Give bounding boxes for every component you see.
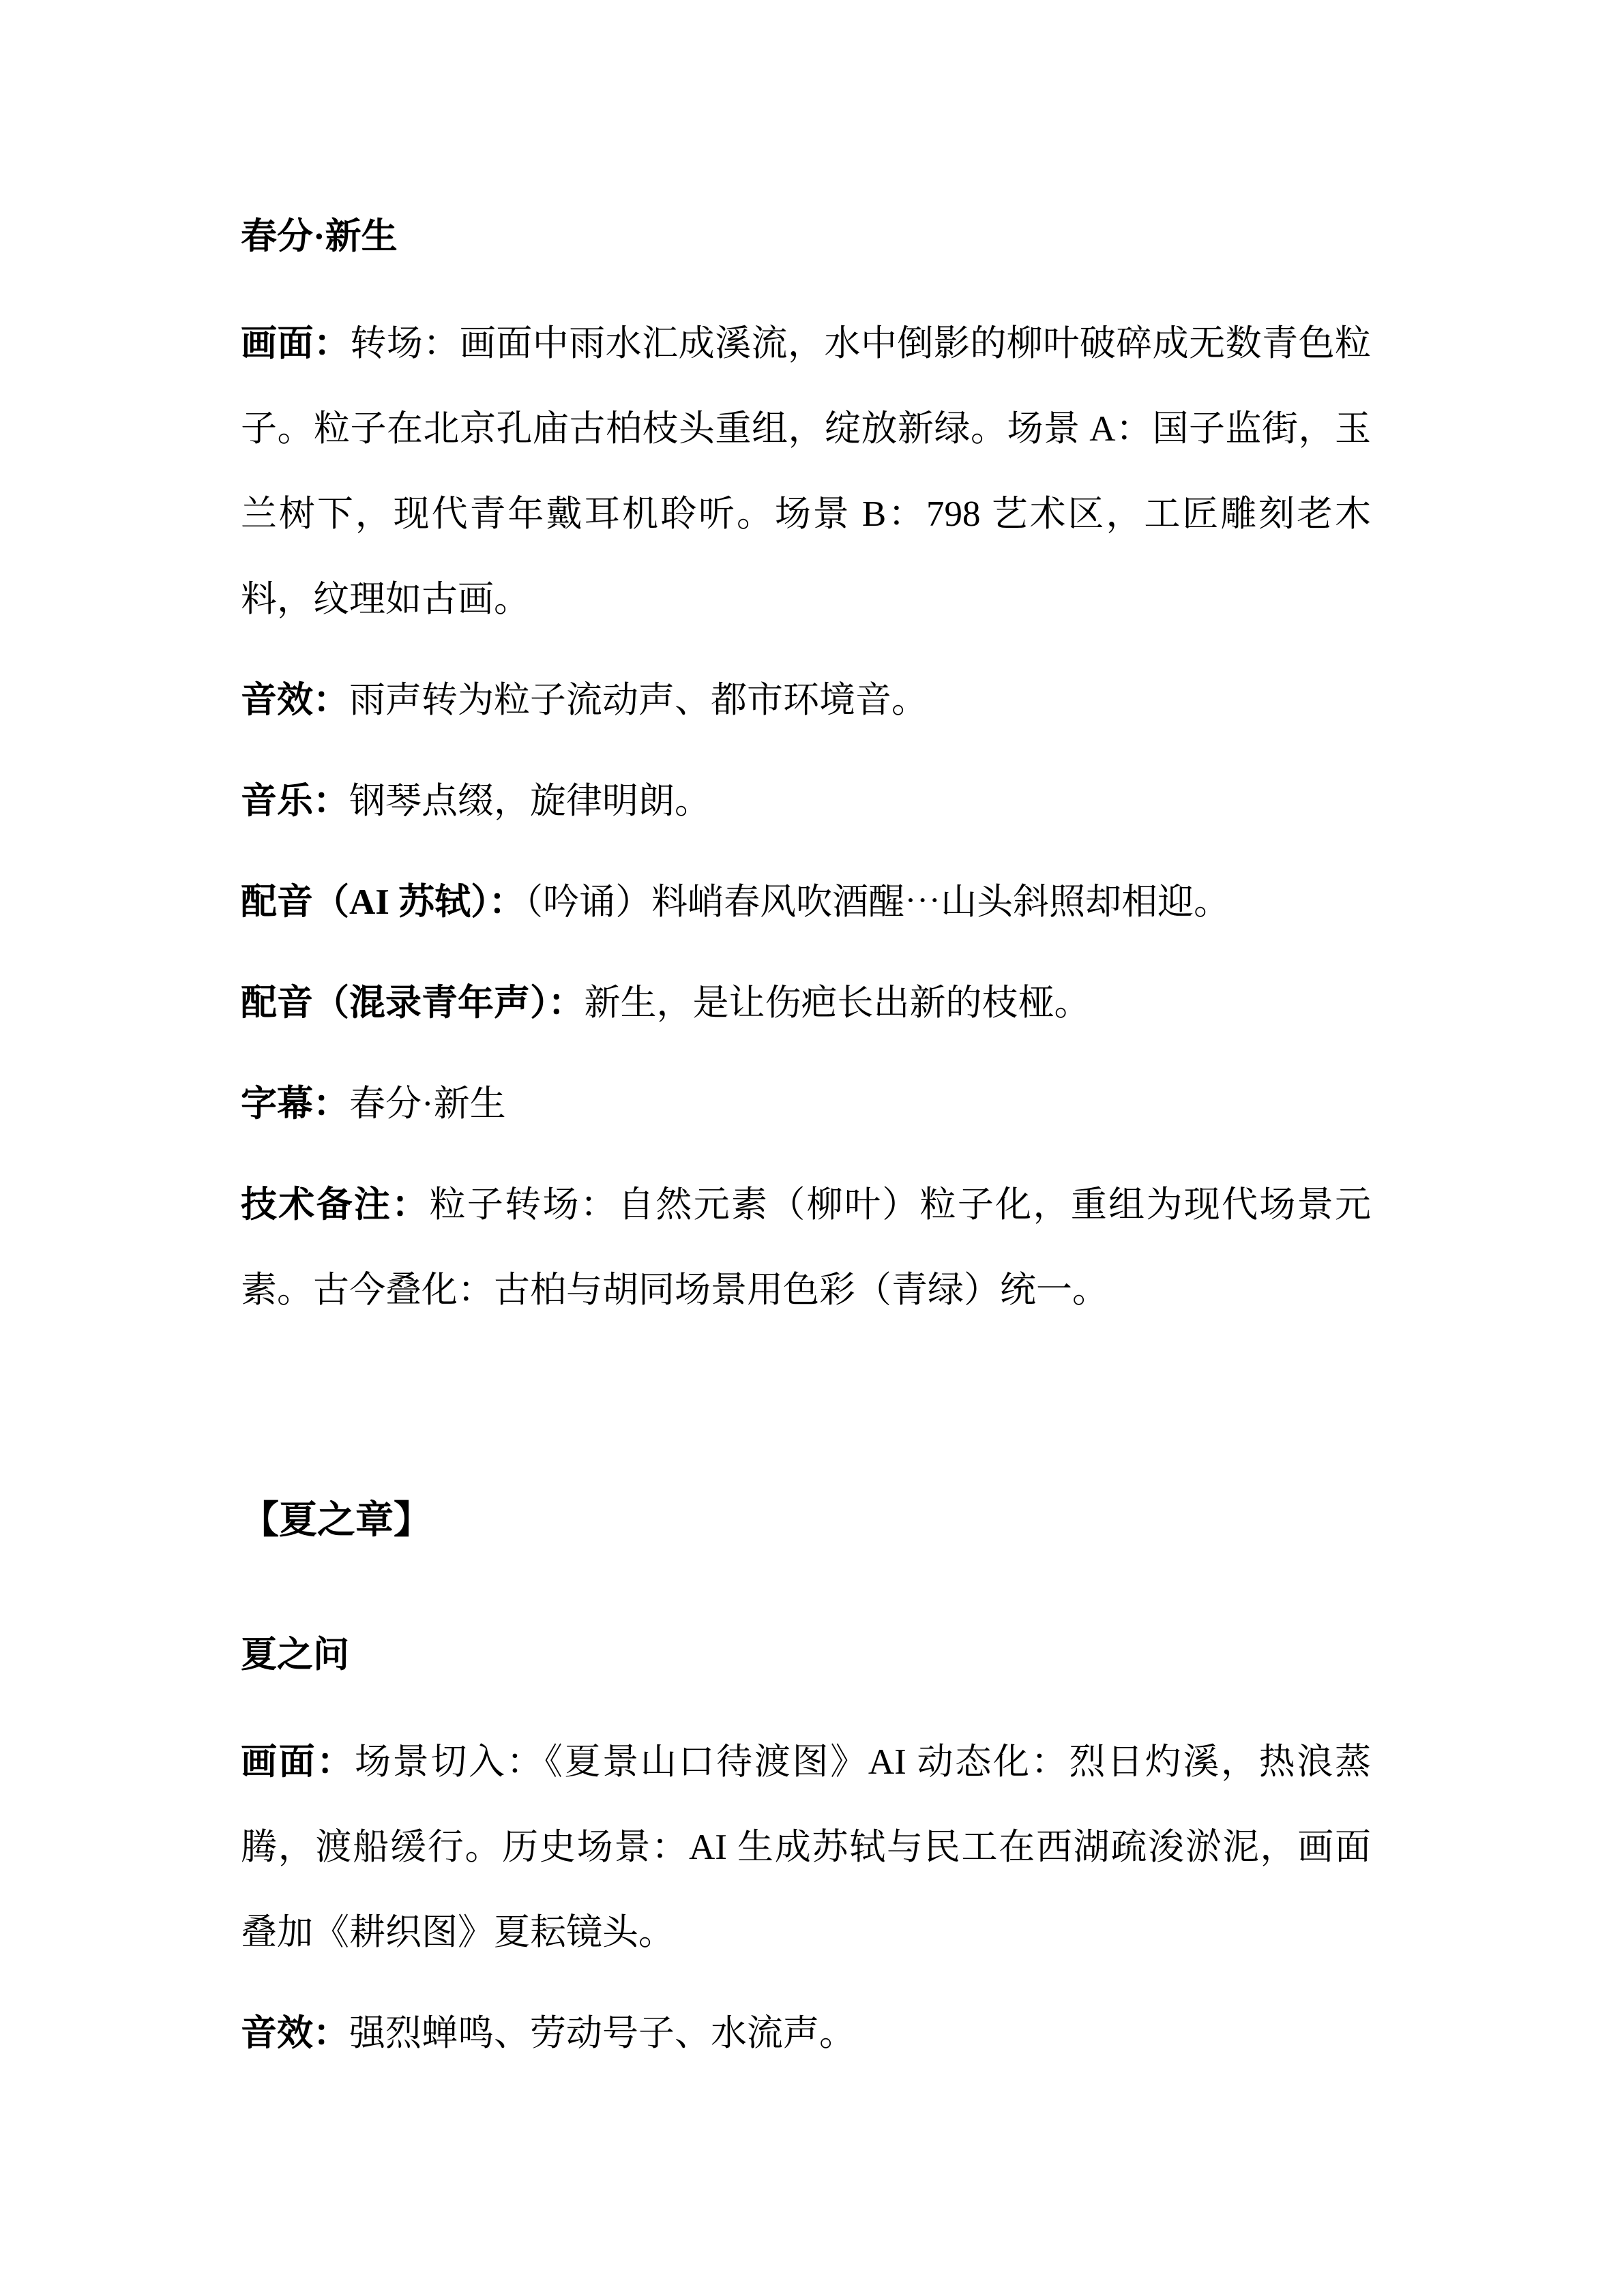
label-music: 音乐： (241, 781, 349, 821)
heading-spring-equinox-rebirth: 春分·新生 (241, 194, 1371, 280)
label-sfx: 音效： (241, 681, 349, 720)
paragraph-voiceover-ai-sushi: 配音（AI 苏轼）：（吟诵）料峭春风吹酒醒⋯山头斜照却相迎。 (241, 860, 1371, 945)
paragraph-visual-summer: 画面：场景切入：《夏景山口待渡图》AI 动态化：烈日灼溪，热浪蒸腾，渡船缓行。历… (241, 1720, 1371, 1976)
paragraph-tech-note-spring: 技术备注：粒子转场：自然元素（柳叶）粒子化，重组为现代场景元素。古今叠化：古柏与… (241, 1163, 1371, 1333)
paragraph-music-spring: 音乐：钢琴点缀，旋律明朗。 (241, 759, 1371, 844)
document-page: 春分·新生 画面：转场：画面中雨水汇成溪流，水中倒影的柳叶破碎成无数青色粒子。粒… (0, 0, 1624, 2296)
label-visual: 画面： (241, 324, 350, 363)
label-voiceover-youth: 配音（混录青年声）： (241, 983, 585, 1023)
text-visual-spring: 转场：画面中雨水汇成溪流，水中倒影的柳叶破碎成无数青色粒子。粒子在北京孔庙古柏枝… (241, 324, 1371, 619)
paragraph-sfx-spring: 音效：雨声转为粒子流动声、都市环境音。 (241, 658, 1371, 743)
text-voiceover-youth: 新生，是让伤疤长出新的枝桠。 (585, 983, 1091, 1023)
text-visual-summer: 场景切入：《夏景山口待渡图》AI 动态化：烈日灼溪，热浪蒸腾，渡船缓行。历史场景… (241, 1742, 1371, 1952)
text-voiceover-ai-sushi: （吟诵）料峭春风吹酒醒⋯山头斜照却相迎。 (525, 882, 1230, 922)
label-sfx: 音效： (241, 2014, 349, 2053)
paragraph-voiceover-youth: 配音（混录青年声）：新生，是让伤疤长出新的枝桠。 (241, 961, 1371, 1046)
text-subtitle-spring: 春分·新生 (349, 1084, 506, 1124)
text-sfx-spring: 雨声转为粒子流动声、都市环境音。 (349, 681, 928, 720)
paragraph-sfx-summer: 音效：强烈蝉鸣、劳动号子、水流声。 (241, 1991, 1371, 2076)
label-voiceover-ai-sushi: 配音（AI 苏轼）： (241, 882, 525, 922)
paragraph-visual-spring: 画面：转场：画面中雨水汇成溪流，水中倒影的柳叶破碎成无数青色粒子。粒子在北京孔庙… (241, 301, 1371, 642)
label-subtitle: 字幕： (241, 1084, 349, 1124)
text-sfx-summer: 强烈蝉鸣、劳动号子、水流声。 (349, 2014, 855, 2053)
paragraph-subtitle-spring: 字幕：春分·新生 (241, 1062, 1371, 1147)
label-tech-note: 技术备注： (241, 1185, 430, 1225)
label-visual: 画面： (241, 1742, 355, 1782)
heading-summer-chapter: 【夏之章】 (241, 1478, 1371, 1564)
text-music-spring: 钢琴点缀，旋律明朗。 (349, 781, 711, 821)
heading-summer-question: 夏之问 (241, 1613, 1371, 1698)
